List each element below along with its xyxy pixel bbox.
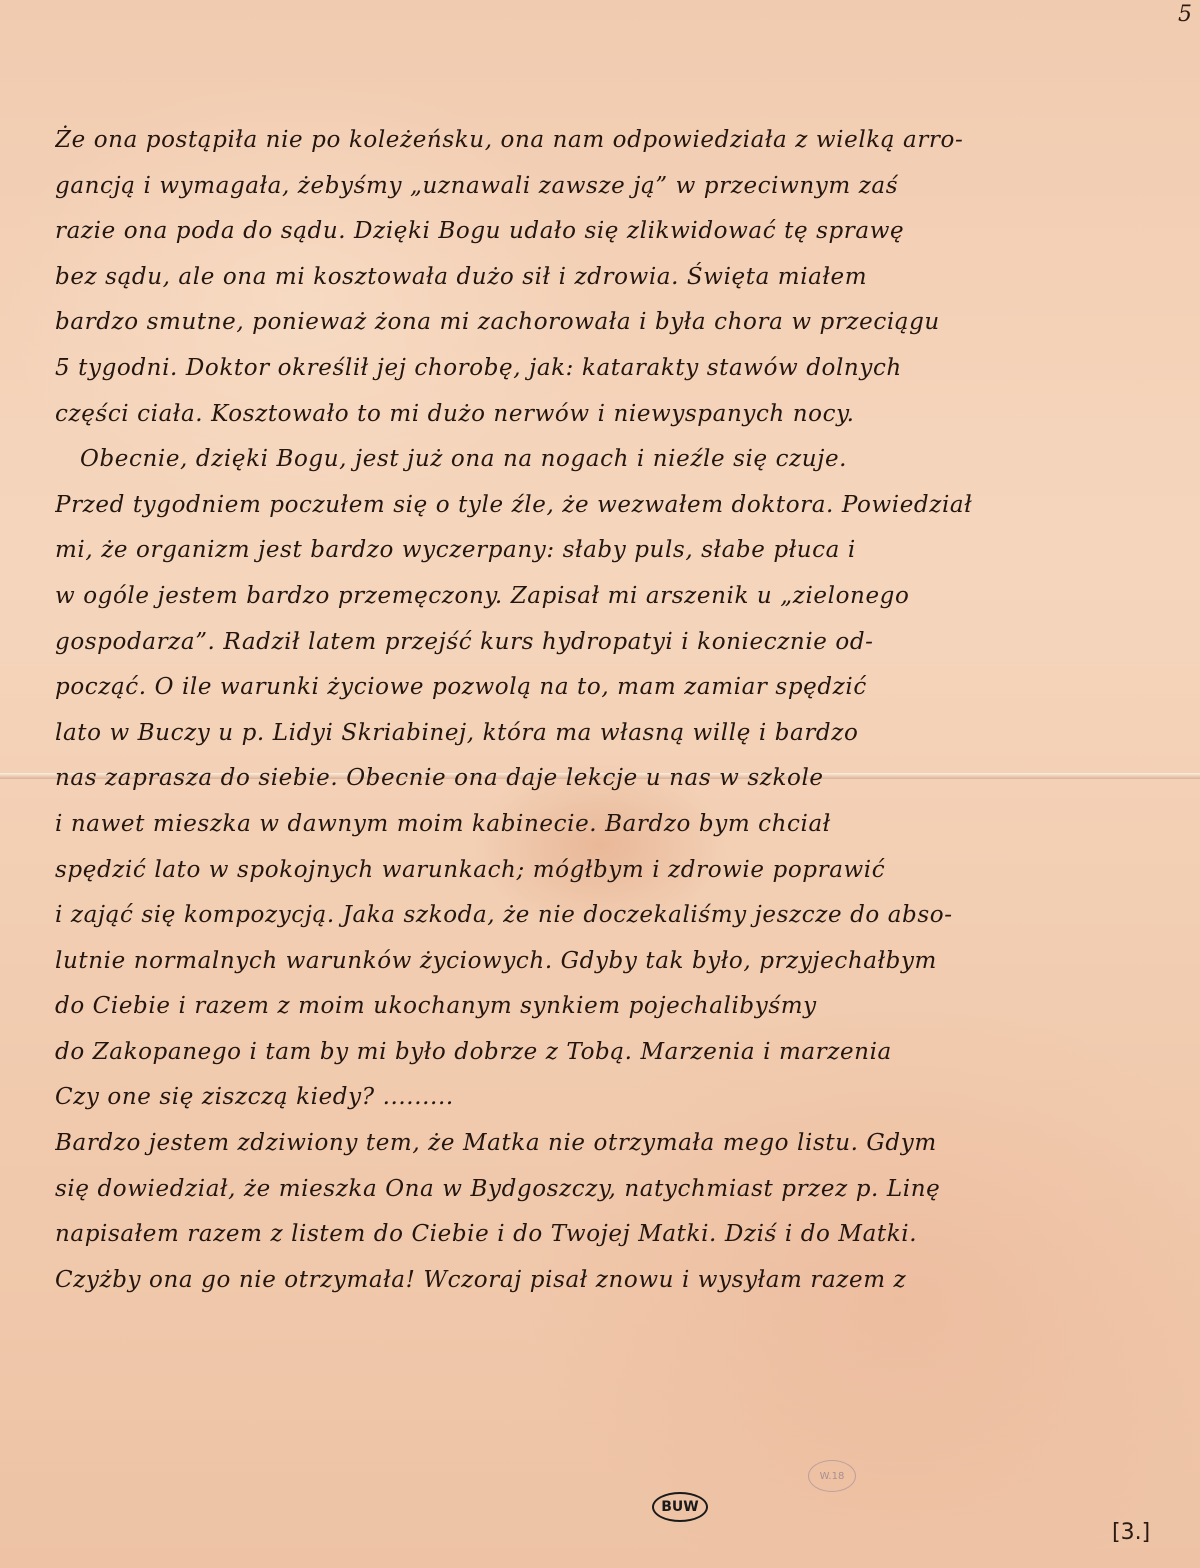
library-stamp: BUW <box>652 1492 708 1522</box>
text-line: w ogóle jestem bardzo przemęczony. Zapis… <box>55 574 1195 620</box>
text-line: spędzić lato w spokojnych warunkach; móg… <box>55 848 1195 894</box>
text-line: do Zakopanego i tam by mi było dobrze z … <box>55 1030 1195 1076</box>
page-number: 5 <box>1178 2 1192 27</box>
text-line: lutnie normalnych warunków życiowych. Gd… <box>55 939 1195 985</box>
text-line: lato w Buczy u p. Lidyi Skriabinej, któr… <box>55 711 1195 757</box>
text-line: i zająć się kompozycją. Jaka szkoda, że … <box>55 893 1195 939</box>
folio-number: [3.] <box>1112 1520 1150 1545</box>
text-line: części ciała. Kosztowało to mi dużo nerw… <box>55 392 1195 438</box>
text-line: gancją i wymagała, żebyśmy „uznawali zaw… <box>55 164 1195 210</box>
text-line: do Ciebie i razem z moim ukochanym synki… <box>55 984 1195 1030</box>
text-line: począć. O ile warunki życiowe pozwolą na… <box>55 665 1195 711</box>
text-line: Przed tygodniem poczułem się o tyle źle,… <box>55 483 1195 529</box>
faint-ink-stamp: W.18 <box>808 1460 856 1492</box>
text-line: Że ona postąpiła nie po koleżeńsku, ona … <box>55 118 1195 164</box>
text-line: Obecnie, dzięki Bogu, jest już ona na no… <box>55 437 1195 483</box>
text-line: się dowiedział, że mieszka Ona w Bydgosz… <box>55 1167 1195 1213</box>
handwritten-text: Że ona postąpiła nie po koleżeńsku, ona … <box>55 118 1195 1303</box>
text-line: razie ona poda do sądu. Dzięki Bogu udał… <box>55 209 1195 255</box>
text-line: mi, że organizm jest bardzo wyczerpany: … <box>55 528 1195 574</box>
text-line: Bardzo jestem zdziwiony tem, że Matka ni… <box>55 1121 1195 1167</box>
text-line: bez sądu, ale ona mi kosztowała dużo sił… <box>55 255 1195 301</box>
text-line: gospodarza”. Radził latem przejść kurs h… <box>55 620 1195 666</box>
text-line: 5 tygodni. Doktor określił jej chorobę, … <box>55 346 1195 392</box>
text-line: Czy one się ziszczą kiedy? ......... <box>55 1075 1195 1121</box>
text-line: Czyżby ona go nie otrzymała! Wczoraj pis… <box>55 1258 1195 1304</box>
text-line: i nawet mieszka w dawnym moim kabinecie.… <box>55 802 1195 848</box>
letter-page: 5 Że ona postąpiła nie po koleżeńsku, on… <box>0 0 1200 1568</box>
text-line: bardzo smutne, ponieważ żona mi zachorow… <box>55 300 1195 346</box>
text-line: nas zaprasza do siebie. Obecnie ona daje… <box>55 756 1195 802</box>
text-line: napisałem razem z listem do Ciebie i do … <box>55 1212 1195 1258</box>
